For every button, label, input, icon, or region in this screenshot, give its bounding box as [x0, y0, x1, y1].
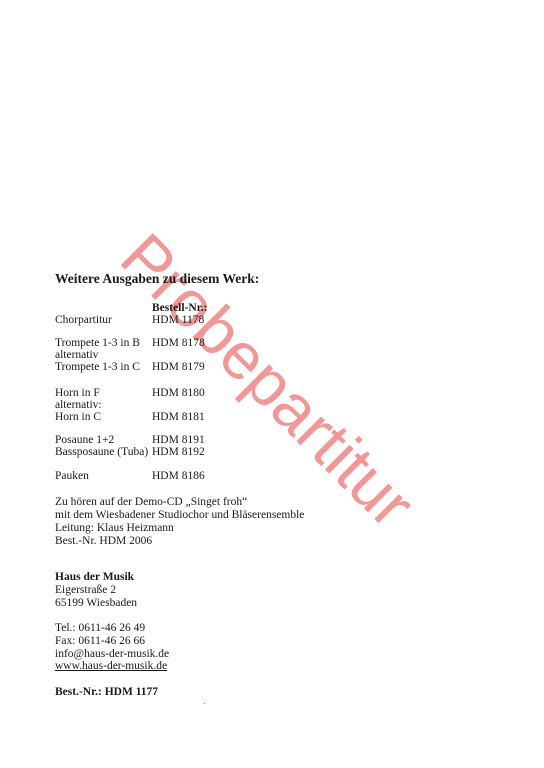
- demo-cd-line: Leitung: Klaus Heizmann: [55, 522, 174, 535]
- demo-cd-line: Best.-Nr. HDM 2006: [55, 535, 152, 548]
- edition-name: Pauken: [55, 470, 89, 483]
- edition-name: Horn in C: [55, 411, 101, 424]
- publisher-fax: Fax: 0611-46 26 66: [55, 635, 145, 648]
- edition-number: HDM 8181: [152, 411, 205, 424]
- edition-name: Bassposaune (Tuba): [55, 446, 148, 459]
- edition-name: Trompete 1-3 in C: [55, 361, 140, 374]
- publisher-website-link[interactable]: www.haus-der-musik.de: [55, 660, 167, 673]
- edition-number: HDM 8180: [152, 387, 205, 400]
- demo-cd-line: mit dem Wiesbadener Studiochor und Bläse…: [55, 509, 304, 522]
- publisher-tel: Tel.: 0611-46 26 49: [55, 622, 145, 635]
- edition-name: Chorpartitur: [55, 314, 112, 327]
- page-heading: Weitere Ausgaben zu diesem Werk:: [55, 272, 259, 285]
- order-number: Best.-Nr.: HDM 1177: [55, 686, 158, 699]
- watermark: Probepartitur: [110, 222, 426, 538]
- demo-cd-line: Zu hören auf der Demo-CD „Singet froh“: [55, 496, 247, 509]
- edition-number: HDM 8186: [152, 470, 205, 483]
- publisher-street: Eigerstraße 2: [55, 584, 116, 597]
- edition-number: HDM 1178: [152, 314, 204, 327]
- edition-number: HDM 8179: [152, 361, 205, 374]
- edition-number: HDM 8178: [152, 337, 205, 350]
- publisher-name: Haus der Musik: [55, 571, 134, 584]
- edition-number: HDM 8192: [152, 446, 205, 459]
- publisher-city: 65199 Wiesbaden: [55, 597, 137, 610]
- scan-speck: [204, 703, 205, 704]
